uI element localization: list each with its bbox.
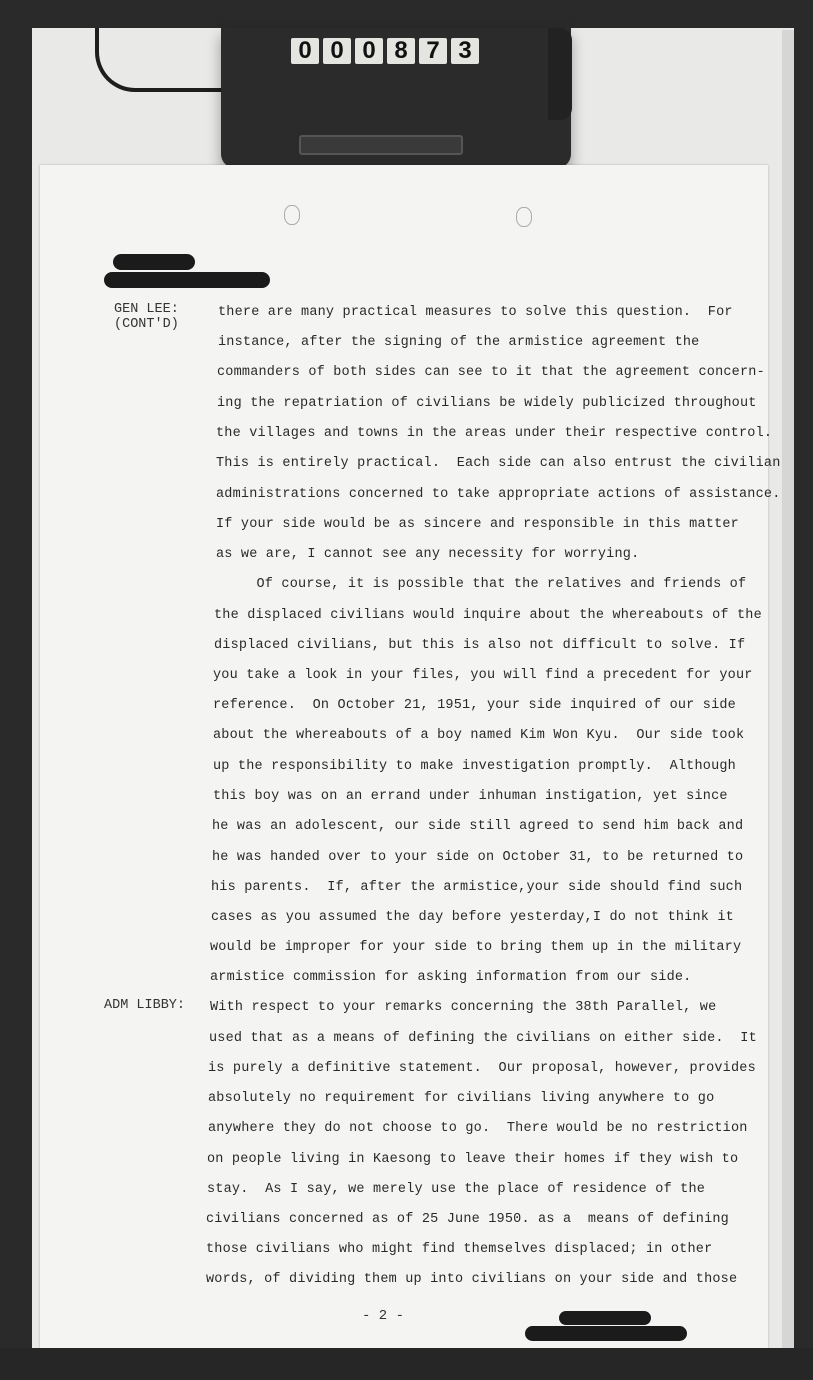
text-line: instance, after the signing of the armis… — [218, 335, 699, 350]
frame-counter-digits: 0 0 0 8 7 3 — [291, 38, 479, 64]
text-line: If your side would be as sincere and res… — [216, 517, 739, 532]
text-line: about the whereabouts of a boy named Kim… — [213, 728, 744, 743]
page-number: - 2 - — [362, 1308, 404, 1324]
counter-slot — [299, 135, 463, 155]
text-line: commanders of both sides can see to it t… — [217, 365, 765, 380]
text-line: ing the repatriation of civilians be wid… — [217, 396, 757, 411]
text-line: the villages and towns in the areas unde… — [216, 426, 772, 441]
backing-edge — [782, 30, 794, 1350]
text-line: This is entirely practical. Each side ca… — [216, 456, 781, 471]
text-line: With respect to your remarks concerning … — [210, 1000, 716, 1015]
redaction-bar — [559, 1311, 651, 1325]
text-line: cases as you assumed the day before yest… — [211, 910, 734, 925]
text-line: on people living in Kaesong to leave the… — [207, 1152, 738, 1167]
text-line: displaced civilians, but this is also no… — [214, 638, 745, 653]
text-line: he was an adolescent, our side still agr… — [212, 819, 743, 834]
text-line: reference. On October 21, 1951, your sid… — [213, 698, 736, 713]
film-border-bottom — [0, 1348, 813, 1380]
text-line: up the responsibility to make investigat… — [213, 759, 736, 774]
speaker-label-gen-lee: GEN LEE: (CONT'D) — [114, 302, 179, 332]
frame-counter: 0 0 0 8 7 3 — [221, 28, 571, 168]
text-line: Of course, it is possible that the relat… — [215, 577, 746, 592]
counter-cable — [95, 28, 239, 92]
counter-digit: 3 — [451, 38, 479, 64]
text-line: used that as a means of defining the civ… — [209, 1031, 757, 1046]
punch-hole-icon — [516, 207, 532, 227]
text-line: the displaced civilians would inquire ab… — [214, 608, 762, 623]
speaker-label-adm-libby: ADM LIBBY: — [104, 998, 185, 1013]
text-line: this boy was on an errand under inhuman … — [213, 789, 728, 804]
redaction-bar — [525, 1326, 687, 1341]
text-line: would be improper for your side to bring… — [210, 940, 741, 955]
redaction-bar — [113, 254, 195, 270]
text-line: absolutely no requirement for civilians … — [208, 1091, 714, 1106]
counter-knob-icon — [548, 28, 572, 120]
text-line: stay. As I say, we merely use the place … — [207, 1182, 705, 1197]
text-line: there are many practical measures to sol… — [218, 305, 733, 320]
text-line: is purely a definitive statement. Our pr… — [208, 1061, 756, 1076]
counter-digit: 0 — [323, 38, 351, 64]
counter-digit: 8 — [387, 38, 415, 64]
text-line: anywhere they do not choose to go. There… — [208, 1121, 748, 1136]
counter-digit: 0 — [291, 38, 319, 64]
counter-digit: 0 — [355, 38, 383, 64]
text-line: his parents. If, after the armistice,you… — [211, 880, 742, 895]
text-line: civilians concerned as of 25 June 1950. … — [206, 1212, 729, 1227]
text-line: as we are, I cannot see any necessity fo… — [216, 547, 639, 562]
text-line: you take a look in your files, you will … — [213, 668, 753, 683]
text-line: those civilians who might find themselve… — [206, 1242, 712, 1257]
redaction-bar — [104, 272, 270, 288]
counter-digit: 7 — [419, 38, 447, 64]
text-line: armistice commission for asking informat… — [210, 970, 691, 985]
text-line: words, of dividing them up into civilian… — [206, 1272, 737, 1287]
text-line: he was handed over to your side on Octob… — [212, 850, 743, 865]
punch-hole-icon — [284, 205, 300, 225]
text-line: administrations concerned to take approp… — [216, 487, 781, 502]
